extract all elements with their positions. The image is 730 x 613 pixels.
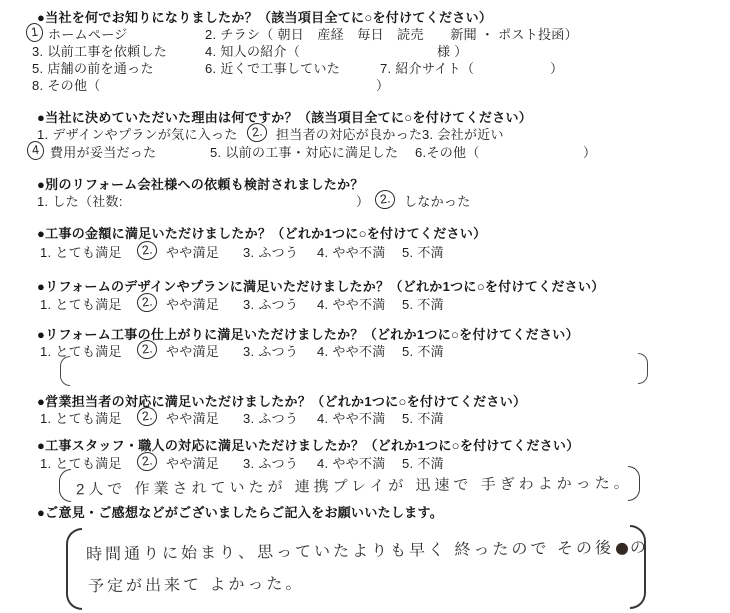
- q1-option7-tail: ）: [550, 61, 563, 76]
- q5-scale-option2-circled-number: 2.: [136, 292, 159, 313]
- q1-option8-tail: ）: [376, 78, 389, 93]
- q3-option2-label: しなかった: [404, 194, 471, 209]
- q5-scale-option4: 4. やや不満: [317, 297, 386, 312]
- q2-option3: 3. 会社が近い: [422, 127, 504, 142]
- q6-scale-option4: 4. やや不満: [317, 344, 386, 359]
- q6-scale-option2-circled-number: 2.: [136, 339, 159, 360]
- q4-scale-option4: 4. やや不満: [317, 245, 386, 260]
- q6-scale-option5: 5. 不満: [402, 344, 444, 359]
- q1-option4: 4. 知人の紹介（: [205, 44, 300, 59]
- q9-note-bracket-open-icon: [66, 528, 82, 610]
- q2-option4-circled-number: 4: [26, 140, 45, 161]
- q9-header: ●ご意見・ご感想などがございましたらご記入をお願いいたします。: [37, 505, 443, 520]
- q7-scale-option3: 3. ふつう: [243, 411, 298, 426]
- q6-note-bracket-open-icon: [60, 356, 70, 386]
- ink-blot-redaction: ●: [616, 543, 628, 555]
- q2-header: ●当社に決めていただいた理由は何ですか？（該当項目全てに○を付けてください）: [37, 110, 532, 125]
- q8-scale-option2-circled-number: 2.: [136, 451, 159, 472]
- q8-scale-option3: 3. ふつう: [243, 456, 298, 471]
- q6-scale-option1: 1. とても満足: [40, 344, 122, 359]
- q9-handwritten-note-line2: 予定が出来て よかった。: [88, 571, 305, 597]
- q5-scale-option2-label: やや満足: [166, 297, 219, 312]
- q1-option7: 7. 紹介サイト（: [380, 61, 474, 76]
- q1-option3: 3. 以前工事を依頼した: [32, 44, 167, 59]
- q7-scale-option2-label: やや満足: [166, 411, 219, 426]
- q9-note-line1-text: 時間通りに始まり、思っていたよりも早く 終ったので その後: [86, 540, 614, 563]
- q1-option4-tail: 様 ）: [437, 44, 468, 59]
- q2-option6-tail: ）: [583, 145, 596, 160]
- q1-option1-circled-number: 1: [25, 22, 44, 43]
- q2-option5: 5. 以前の工事・対応に満足した: [210, 145, 398, 160]
- q8-scale-option2-label: やや満足: [166, 456, 219, 471]
- q7-scale-option2-circled-number: 2.: [136, 406, 159, 427]
- q9-handwritten-note-line1: 時間通りに始まり、思っていたよりも早く 終ったので その後●の: [86, 535, 649, 565]
- q8-header: ●工事スタッフ・職人の対応に満足いただけましたか？（どれか1つに○を付けてくださ…: [37, 438, 580, 453]
- q4-header: ●工事の金額に満足いただけましたか？（どれか1つに○を付けてください）: [37, 226, 486, 241]
- q1-header: ●当社を何でお知りになりましたか？（該当項目全てに○を付けてください）: [37, 10, 492, 25]
- q4-scale-option3: 3. ふつう: [243, 245, 298, 260]
- q7-scale-option5: 5. 不満: [402, 411, 444, 426]
- q2-option2-circled-number: 2.: [246, 122, 269, 143]
- q3-option1: 1. した（社数:: [37, 194, 123, 209]
- q9-note-line1-tail: の: [630, 540, 649, 557]
- q2-option2-label: 担当者の対応が良かった: [276, 127, 422, 142]
- q2-option6: 6.その他（: [415, 145, 480, 160]
- q8-scale-option4: 4. やや不満: [317, 456, 386, 471]
- q5-scale-option1: 1. とても満足: [40, 297, 122, 312]
- q3-header: ●別のリフォーム会社様への依頼も検討されましたか？: [37, 177, 364, 192]
- q4-scale-option2-label: やや満足: [166, 245, 219, 260]
- q1-option5: 5. 店舗の前を通った: [32, 61, 154, 76]
- q1-option1-label: ホームページ: [48, 27, 128, 42]
- q1-option6: 6. 近くで工事していた: [205, 61, 340, 76]
- q8-scale-option1: 1. とても満足: [40, 456, 122, 471]
- q3-option1-tail: ）: [356, 194, 369, 209]
- q7-scale-option4: 4. やや不満: [317, 411, 386, 426]
- q1-option2: 2. チラシ（ 朝日 産経 毎日 読売 新聞 ・ ポスト投函）: [205, 27, 578, 42]
- q5-scale-option3: 3. ふつう: [243, 297, 298, 312]
- q6-scale-option3: 3. ふつう: [243, 344, 298, 359]
- q6-header: ●リフォーム工事の仕上がりに満足いただけましたか？（どれか1つに○を付けてくださ…: [37, 327, 579, 342]
- scanned-survey-document: ●当社を何でお知りになりましたか？（該当項目全てに○を付けてください） 1 ホー…: [0, 0, 730, 613]
- q3-option2-circled-number: 2.: [374, 189, 397, 210]
- q5-header: ●リフォームのデザインやプランに満足いただけましたか？（どれか1つに○を付けてく…: [37, 279, 605, 294]
- q7-scale-option1: 1. とても満足: [40, 411, 122, 426]
- q7-header: ●営業担当者の対応に満足いただけましたか？（どれか1つに○を付けてください）: [37, 394, 526, 409]
- q4-scale-option5: 5. 不満: [402, 245, 444, 260]
- q1-option8: 8. その他（: [32, 78, 101, 93]
- q2-option1: 1. デザインやプランが気に入った: [37, 127, 238, 142]
- q6-scale-option2-label: やや満足: [166, 344, 219, 359]
- q2-option4-label: 費用が妥当だった: [50, 145, 156, 160]
- q8-note-bracket-open-icon: [59, 469, 71, 502]
- q4-scale-option2-circled-number: 2.: [136, 240, 159, 261]
- q6-note-bracket-close-icon: [638, 353, 648, 384]
- q8-handwritten-note: 2人で 作業されていたが 連携プレイが 迅速で 手ぎわよかった。: [76, 472, 633, 500]
- q8-scale-option5: 5. 不満: [402, 456, 444, 471]
- q5-scale-option5: 5. 不満: [402, 297, 444, 312]
- q4-scale-option1: 1. とても満足: [40, 245, 122, 260]
